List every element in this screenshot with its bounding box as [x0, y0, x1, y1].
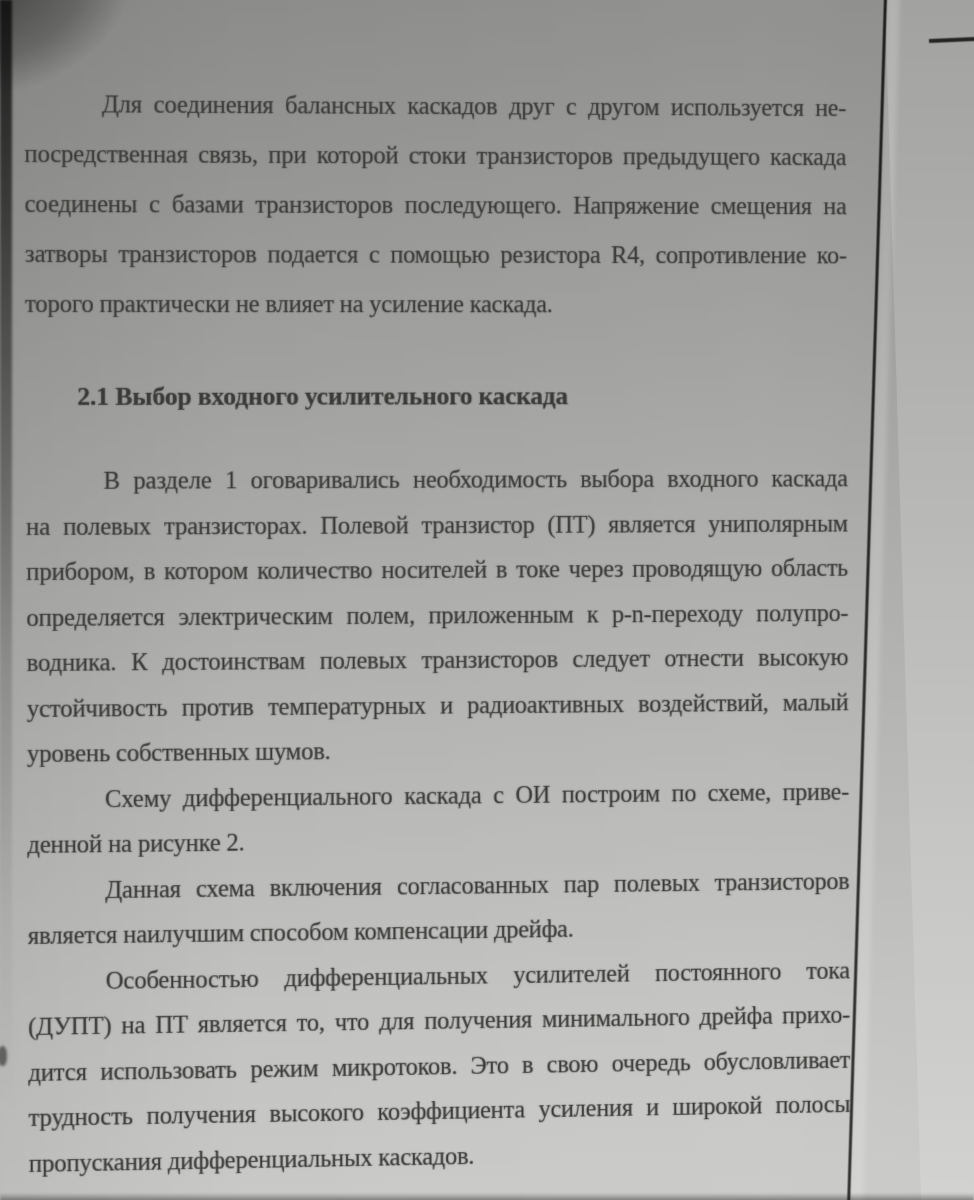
photo-vignette	[0, 0, 974, 1200]
photographed-document: Для соединения балансных каскадов друг с…	[0, 0, 974, 1200]
